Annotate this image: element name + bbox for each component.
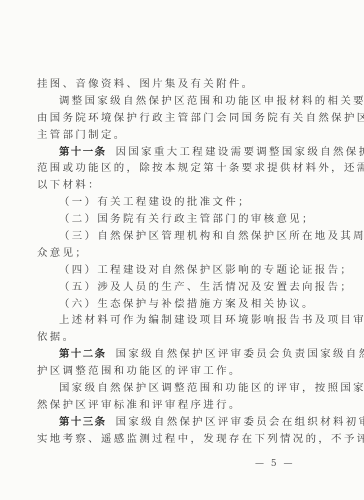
text-line: 护区调整范围和功能区的评审工作。 [37,363,303,380]
text-line: 由国务院环境保护行政主管部门会同国务院有关自然保护区行政 [37,110,303,127]
article-13-line: 第十三条国家级自然保护区评审委员会在组织材料初审、 [37,414,303,431]
list-item: （五）涉及人员的生产、生活情况及安置去向报告； [37,279,303,296]
article-text: 因国家重大工程建设需要调整国家级自然保护区 [116,146,364,158]
text-line: 然保护区评审标准和评审程序进行。 [37,397,303,414]
text-line: 范围或功能区的，除按本规定第十条要求提供材料外，还需提供 [37,160,303,177]
text-line: 以下材料： [37,177,303,194]
list-item: （二）国务院有关行政主管部门的审核意见； [37,211,303,228]
article-12-line: 第十二条国家级自然保护区评审委员会负责国家级自然保 [37,346,303,363]
paragraph-line: 上述材料可作为编制建设项目环境影响报告书及项目审批的 [37,312,303,329]
article-text: 国家级自然保护区评审委员会负责国家级自然保 [116,348,364,360]
page-number: — 5 — [255,459,294,469]
list-item: （三）自然保护区管理机构和自然保护区所在地及其周边公 [37,228,303,245]
document-page: 挂图、音像资料、图片集及有关附件。 调整国家级自然保护区范围和功能区申报材料的相… [0,0,364,500]
text-line: 众意见； [37,245,303,262]
article-heading: 第十三条 [59,416,107,428]
article-text: 国家级自然保护区评审委员会在组织材料初审、 [116,416,364,428]
text-line: 挂图、音像资料、图片集及有关附件。 [37,76,303,93]
document-body: 挂图、音像资料、图片集及有关附件。 调整国家级自然保护区范围和功能区申报材料的相… [37,76,303,448]
text-line: 实地考察、遥感监测过程中，发现存在下列情况的，不予评审， [37,431,303,448]
text-line: 主管部门制定。 [37,127,303,144]
list-item: （一）有关工程建设的批准文件； [37,194,303,211]
paragraph-line: 国家级自然保护区调整范围和功能区的评审，按照国家级自 [37,380,303,397]
paragraph-line: 调整国家级自然保护区范围和功能区申报材料的相关要求， [37,93,303,110]
list-item: （四）工程建设对自然保护区影响的专题论证报告； [37,262,303,279]
article-heading: 第十二条 [59,348,107,360]
article-heading: 第十一条 [59,146,107,158]
article-11-line: 第十一条因国家重大工程建设需要调整国家级自然保护区 [37,144,303,161]
list-item: （六）生态保护与补偿措施方案及相关协议。 [37,296,303,313]
text-line: 依据。 [37,329,303,346]
